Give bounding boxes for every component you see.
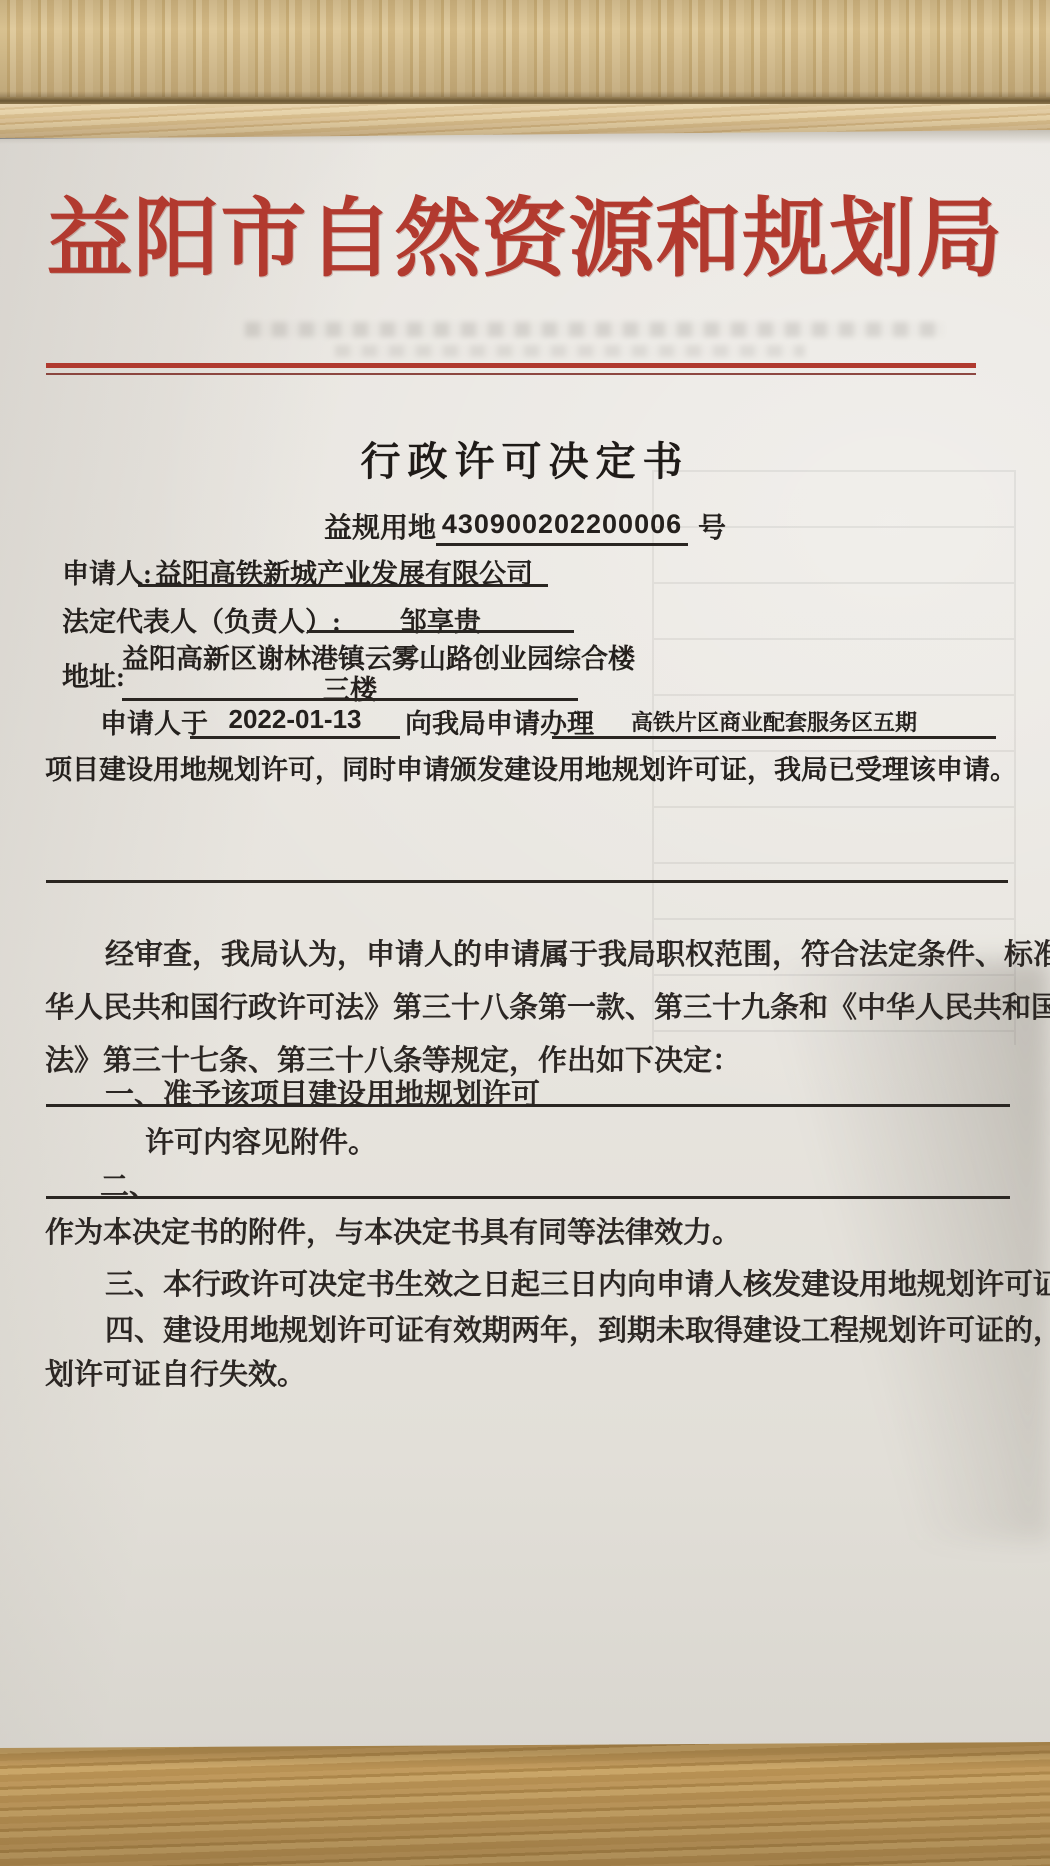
decision-item3: 三、本行政许可决定书生效之日起三日内向申请人核发建设用地规划许可证。 <box>105 1262 1050 1303</box>
project-name-value: 高铁片区商业配套服务区五期 <box>552 706 996 737</box>
document-number-value: 430900202200006 <box>436 509 688 546</box>
agency-letterhead: 益阳市自然资源和规划局 <box>0 188 1050 291</box>
document-number-suffix: 号 <box>698 506 726 546</box>
applied-date-value: 2022-01-13 <box>190 704 400 735</box>
letterhead-rule-thick <box>46 363 976 368</box>
legal-rep-label: 法定代表人（负责人）: <box>62 600 341 639</box>
document-number-row: 益规用地 430900202200006 号 <box>0 506 1050 546</box>
document-number-prefix: 益规用地 <box>324 506 436 546</box>
decision-item4-line1: 四、建设用地规划许可证有效期两年，到期未取得建设工程规划许可证的，建设用地规 <box>105 1308 1050 1349</box>
legal-rep-value: 邹享贵 <box>307 600 574 639</box>
address-label: 地址: <box>62 655 125 694</box>
address-underline <box>122 698 578 701</box>
wood-panel-top <box>0 0 1050 97</box>
decision-item2-underline <box>46 1196 1010 1199</box>
section-separator-line <box>46 880 1008 883</box>
legal-rep-underline <box>307 630 574 633</box>
document-paper: 益阳市自然资源和规划局 行政许可决定书 益规用地 430900202200006… <box>0 0 1050 1866</box>
wood-panel-groove <box>0 97 1050 104</box>
bleedthrough-text-smudge <box>335 345 805 357</box>
project-name-underline <box>552 736 996 739</box>
letterhead-rule-thin <box>46 373 976 375</box>
decision-item1-note: 许可内容见附件。 <box>145 1120 377 1161</box>
applied-date-underline <box>190 736 400 739</box>
decision-item1-underline <box>46 1104 1010 1107</box>
applicant-underline <box>138 584 548 587</box>
wood-table-bottom <box>0 1740 1050 1866</box>
bleedthrough-text-smudge <box>245 322 945 337</box>
decision-paragraph-line1: 经审查，我局认为，申请人的申请属于我局职权范围，符合法定条件、标准，根据《中 <box>105 932 1050 973</box>
decision-paragraph-line2: 华人民共和国行政许可法》第三十八条第一款、第三十九条和《中华人民共和国城乡规划 <box>45 985 1050 1026</box>
right-side-shadow <box>740 960 1050 1540</box>
acceptance-note: 项目建设用地规划许可，同时申请颁发建设用地规划许可证，我局已受理该申请。 <box>45 748 1017 787</box>
photo-of-document: 益阳市自然资源和规划局 行政许可决定书 益规用地 430900202200006… <box>0 0 1050 1866</box>
decision-item2-note: 作为本决定书的附件，与本决定书具有同等法律效力。 <box>45 1210 741 1251</box>
decision-item4-line2: 划许可证自行失效。 <box>45 1352 306 1393</box>
document-title: 行政许可决定书 <box>0 430 1050 487</box>
